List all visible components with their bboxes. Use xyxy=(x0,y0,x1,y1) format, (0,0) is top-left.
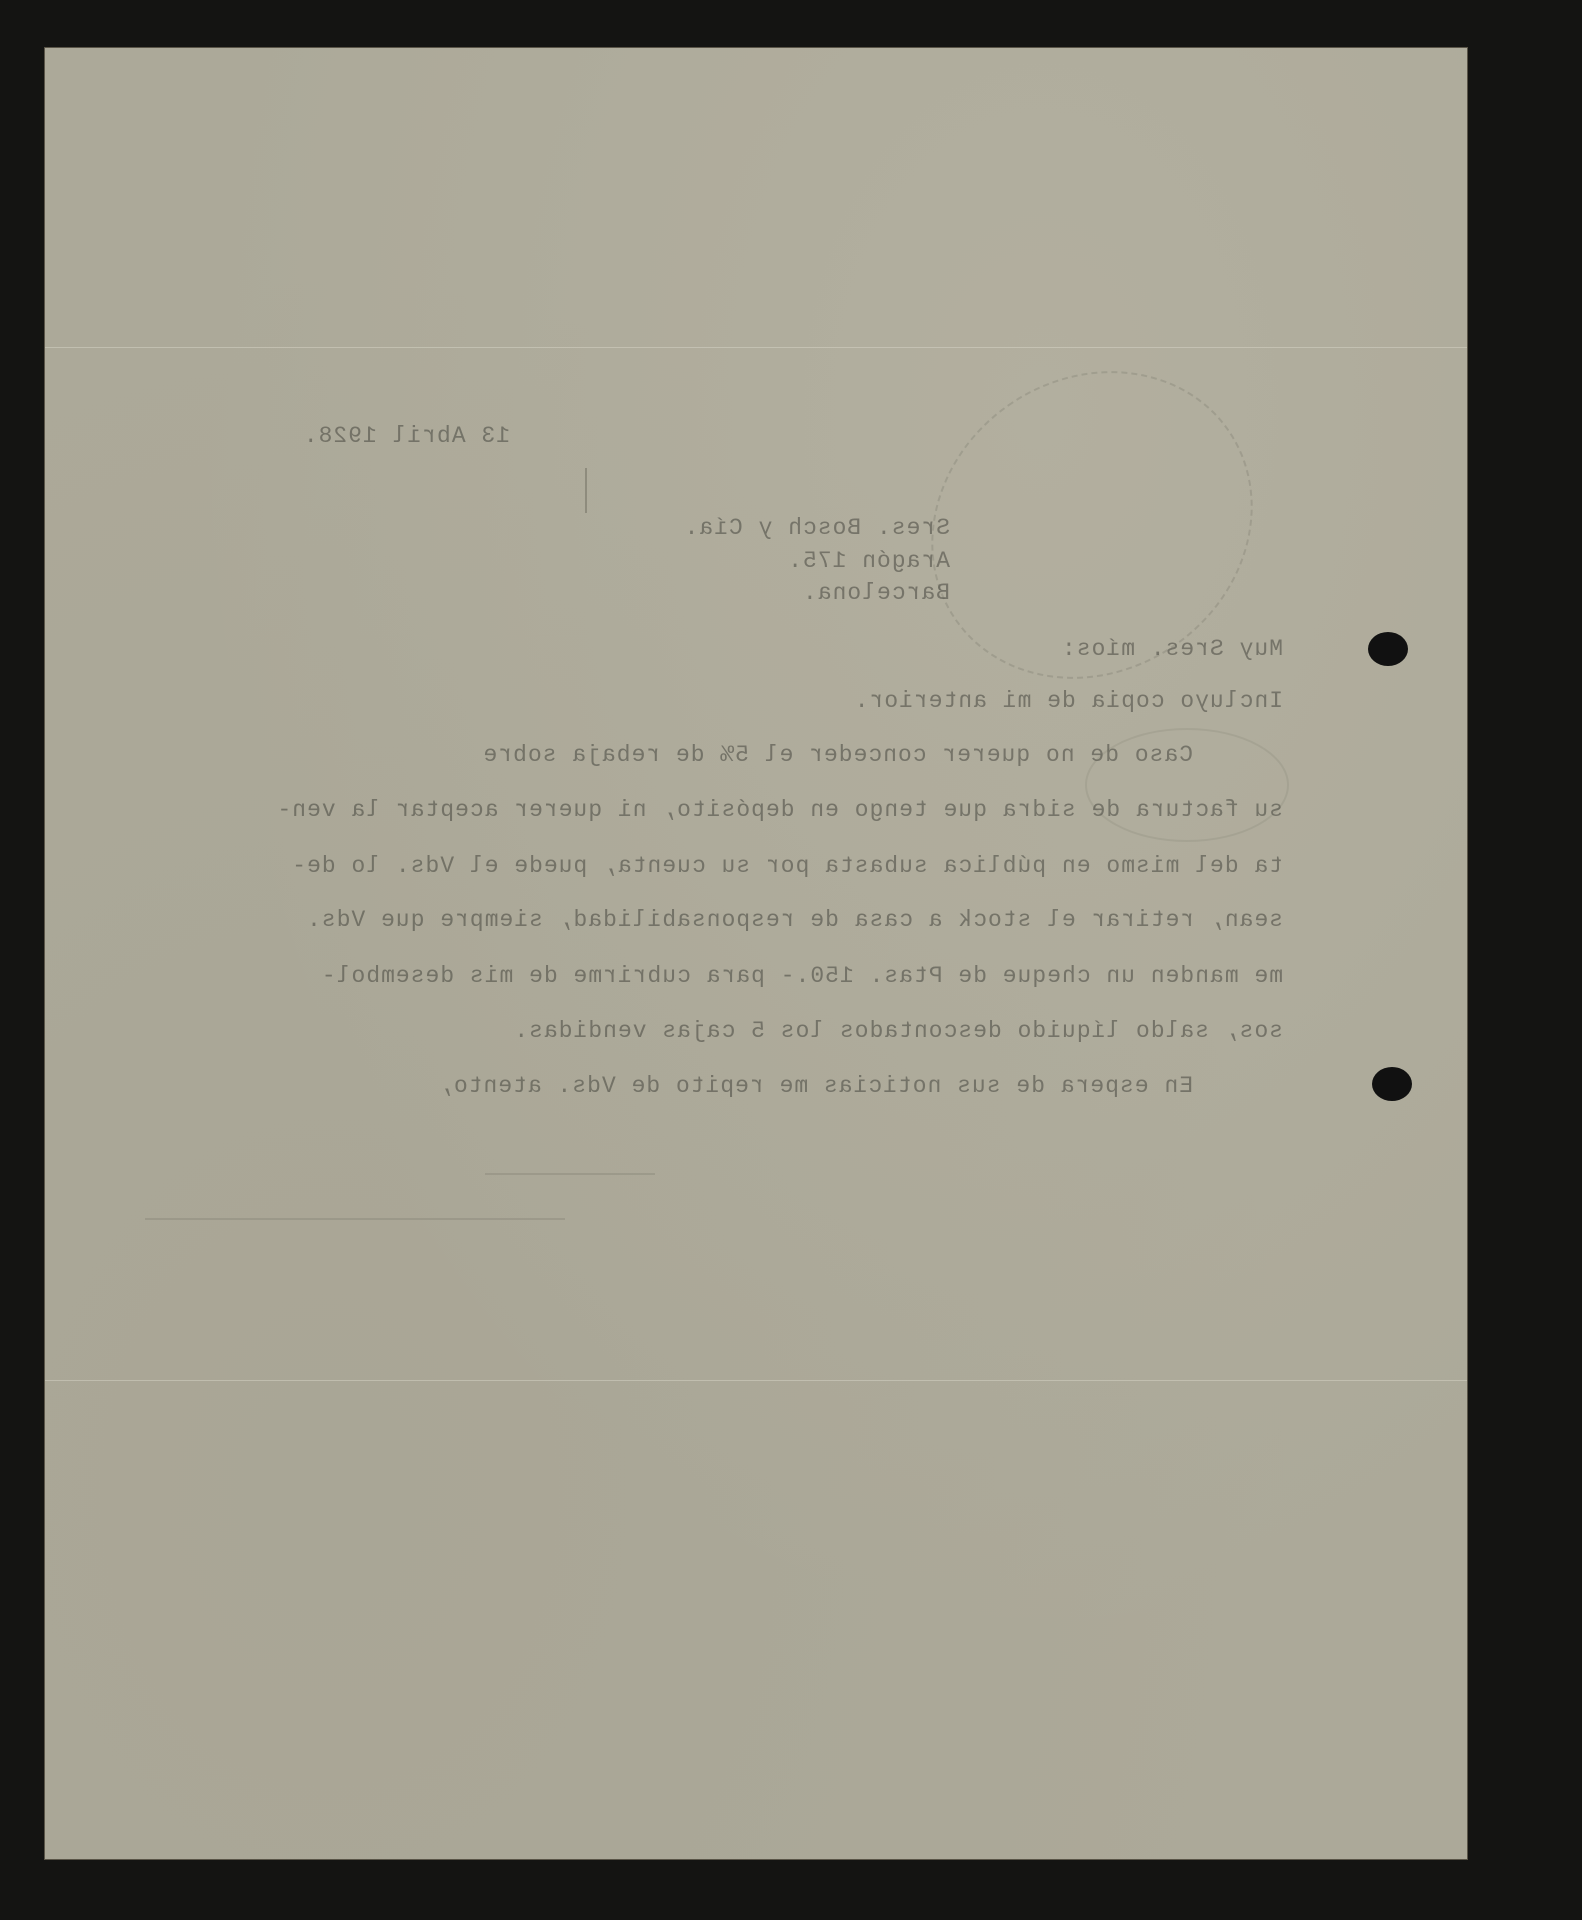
fold-line-top xyxy=(45,347,1467,348)
body-line-1: Incluyo copia de mi anterior. xyxy=(503,688,1283,714)
closing-line: En espera de sus noticias me repito de V… xyxy=(133,1073,1193,1099)
recipient-line-2: Aragón 175. xyxy=(590,548,950,574)
signature-trace xyxy=(485,1173,655,1175)
salutation: Muy Sres. míos: xyxy=(983,636,1283,662)
recipient-line-3: Barcelona. xyxy=(590,580,950,606)
signature-trace-2 xyxy=(145,1218,565,1220)
punch-hole-bottom xyxy=(1372,1067,1412,1101)
letter-date: 13 Abril 1928. xyxy=(210,423,510,449)
recipient-line-1: Sres. Bosch y Cía. xyxy=(590,515,950,541)
body-line-4: ta del mismo en pública subasta por su c… xyxy=(133,853,1283,879)
body-line-5: sean, retirar el stock a casa de respons… xyxy=(133,907,1283,933)
body-line-6: me manden un cheque de Ptas. 150.- para … xyxy=(133,963,1283,989)
punch-hole-top xyxy=(1368,632,1408,666)
pencil-mark xyxy=(585,468,587,513)
scanned-letter-page: 13 Abril 1928. Sres. Bosch y Cía. Aragón… xyxy=(45,48,1467,1859)
body-line-3: su factura de sidra que tengo en depósit… xyxy=(133,797,1283,823)
fold-line-bottom xyxy=(45,1380,1467,1381)
body-line-2: Caso de no querer conceder el 5% de reba… xyxy=(133,742,1193,768)
body-line-7: sos, saldo líquido descontados los 5 caj… xyxy=(378,1018,1283,1044)
